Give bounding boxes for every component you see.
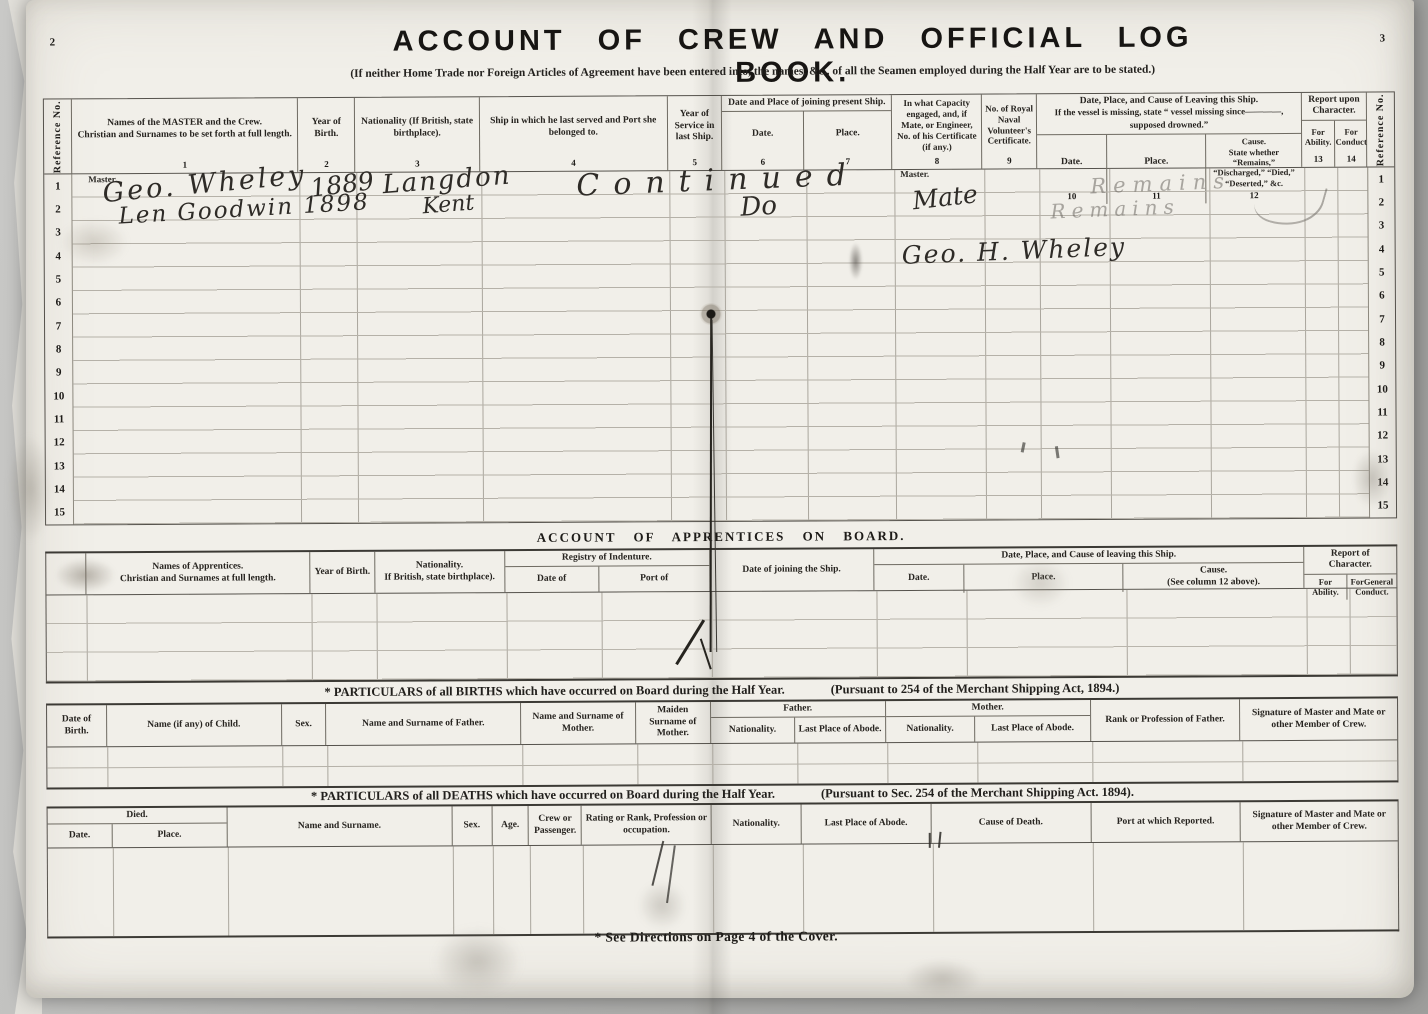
- births-col-mother-nationality: Nationality.: [886, 717, 976, 742]
- col-label: Place.: [1144, 157, 1168, 169]
- deaths-pursuant: (Pursuant to Sec. 254 of the Merchant Sh…: [821, 785, 1134, 801]
- crew-col-leaving-group: Date, Place, and Cause of Leaving this S…: [1037, 93, 1302, 168]
- col-label: In what Capacity engaged, and, if Mate, …: [895, 98, 978, 153]
- col-label: Date.: [69, 830, 90, 842]
- deaths-col-died-place: Place.: [112, 824, 226, 847]
- col-label: ForGeneral Conduct.: [1350, 576, 1393, 597]
- row-number: 8: [45, 338, 72, 361]
- apprentices-col-conduct: ForGeneral Conduct.: [1347, 574, 1396, 599]
- row-number: 1: [44, 174, 71, 197]
- col-label: Ship in which he last served and Port sh…: [483, 115, 664, 139]
- deaths-col-sex: Sex.: [452, 806, 492, 845]
- crew-col-birth: Year of Birth. 2: [298, 98, 355, 172]
- col-label: Year of Service in last Ship.: [670, 109, 718, 144]
- deaths-col-age: Age.: [492, 806, 529, 845]
- crew-ref-col-right: Reference No.: [1367, 92, 1394, 166]
- col-label: Name and Surname of Father.: [362, 718, 484, 730]
- crew-col-rnv-certificate: No. of Royal Naval Volunteer's Certifica…: [982, 94, 1037, 168]
- stain: [637, 880, 687, 930]
- apprentices-col-leaving-date: Date.: [874, 565, 964, 593]
- deaths-col-crew-passenger: Crew or Passenger.: [529, 806, 582, 845]
- col-label: Nationality (If British, state birthplac…: [358, 116, 476, 140]
- row-number: 12: [1370, 424, 1396, 447]
- master-printed-label-capacity: Master.: [900, 169, 929, 179]
- deaths-col-nationality: Nationality.: [712, 805, 802, 844]
- col-label: Rank or Profession of Father.: [1105, 714, 1224, 726]
- group-label: Died.: [48, 808, 227, 825]
- births-col-maiden: Maiden Surname of Mother.: [636, 702, 711, 743]
- apprentices-col-report-group: Report of Character. For Ability. ForGen…: [1304, 546, 1396, 587]
- births-col-sex: Sex.: [282, 704, 327, 745]
- crew-col-capacity: In what Capacity engaged, and, if Mate, …: [892, 95, 982, 169]
- col-label: Sex.: [463, 820, 480, 832]
- col-label: Nationality.: [416, 560, 463, 570]
- reference-no-label: Reference No.: [52, 100, 63, 173]
- col-label: Date of: [537, 574, 566, 586]
- births-rows-area: [47, 740, 1397, 787]
- stain: [1352, 448, 1392, 508]
- handwriting-capacity-mate: Mate: [911, 181, 979, 213]
- crew-col-ability: For Ability. 13: [1302, 121, 1335, 167]
- crew-col-report-group: Report upon Character. For Ability. 13 F…: [1302, 93, 1367, 167]
- col-sublabel: (See column 12 above).: [1167, 577, 1260, 587]
- col-label: If British, state birthplace).: [384, 572, 495, 583]
- apprentices-col-birth: Year of Birth.: [310, 552, 375, 593]
- stain: [849, 242, 863, 280]
- deaths-col-cause: Cause of Death.: [931, 803, 1091, 843]
- col-label: Port of: [640, 573, 668, 585]
- births-col-mother-group: Mother. Nationality. Last Place of Abode…: [886, 700, 1091, 742]
- deaths-rows-area: [48, 841, 1398, 936]
- crew-ref-col-left: Reference No.: [44, 99, 72, 173]
- col-label: Cause.: [1242, 136, 1266, 146]
- col-label: Year of Birth.: [301, 117, 351, 140]
- deaths-col-signature: Signature of Master and Mate or other Me…: [1241, 801, 1398, 841]
- col-label: Port at which Reported.: [1117, 816, 1215, 828]
- apprentices-col-ability: For Ability.: [1304, 574, 1347, 599]
- stain: [8, 433, 53, 543]
- apprentices-col-leaving-cause: Cause. (See column 12 above).: [1124, 563, 1304, 591]
- apprentices-table: Names of Apprentices. Christian and Surn…: [45, 544, 1398, 683]
- group-label: Report upon Character.: [1302, 93, 1366, 121]
- col-label: Date.: [908, 573, 929, 585]
- row-number: 7: [1369, 307, 1395, 330]
- col-number: 9: [982, 155, 1036, 168]
- group-label: Mother.: [886, 700, 1090, 717]
- apprentices-col-joining: Date of joining the Ship.: [710, 549, 875, 591]
- births-col-child: Name (if any) of Child.: [107, 704, 282, 746]
- col-label: Signature of Master and Mate or other Me…: [1243, 707, 1394, 731]
- col-label: Last Place of Abode.: [825, 818, 908, 830]
- page-title: ACCOUNT OF CREW AND OFFICIAL LOG BOOK.: [377, 21, 1207, 91]
- col-number: 13: [1302, 154, 1334, 167]
- col-label: Date.: [1061, 157, 1082, 169]
- group-label: Report of Character.: [1304, 546, 1396, 574]
- col-label: Year of Birth.: [315, 567, 371, 579]
- crew-col-service: Year of Service in last Ship. 5: [667, 96, 722, 170]
- ink-mark: [929, 833, 931, 848]
- row-number: 8: [1369, 331, 1395, 354]
- group-label: Date and Place of joining present Ship.: [722, 95, 891, 112]
- row-number: 9: [45, 361, 72, 384]
- row-number: 11: [45, 408, 72, 431]
- handwriting-leaving-remains-1: Remains: [1090, 171, 1231, 198]
- births-header: Date of Birth. Name (if any) of Child. S…: [47, 698, 1397, 747]
- row-number: 12: [46, 431, 73, 454]
- apprentices-header: Names of Apprentices. Christian and Surn…: [46, 546, 1396, 595]
- deaths-col-rating: Rating or Rank, Profession or occupation…: [582, 805, 712, 845]
- col-label: Sex.: [295, 719, 312, 731]
- col-label: For Ability.: [1307, 576, 1343, 597]
- col-label: No. of Royal Naval Volunteer's Certifica…: [985, 103, 1033, 147]
- apprentices-col-registry-group: Registry of Indenture. Date of Port of: [505, 550, 710, 592]
- births-col-father-nationality: Nationality.: [711, 718, 796, 743]
- group-sublabel: If the vessel is missing, state “ vessel…: [1055, 106, 1284, 129]
- page-number-right: 3: [1380, 32, 1386, 44]
- col-label: Date.: [752, 129, 773, 141]
- group-label: Father.: [711, 701, 885, 718]
- deaths-col-abode: Last Place of Abode.: [802, 804, 932, 844]
- row-number: 6: [1369, 284, 1395, 307]
- deaths-col-died-date: Date.: [48, 825, 113, 848]
- row-number: 10: [45, 384, 72, 407]
- births-title: * PARTICULARS of all BIRTHS which have o…: [324, 683, 784, 699]
- apprentices-col-names: Names of Apprentices. Christian and Surn…: [86, 552, 310, 594]
- apprentices-col-leaving-group: Date, Place, and Cause of leaving this S…: [874, 547, 1304, 590]
- col-label: Last Place of Abode.: [991, 723, 1074, 735]
- stain: [1010, 558, 1070, 608]
- apprentices-col-registry-date: Date of: [505, 567, 600, 592]
- births-col-father-abode: Last Place of Abode.: [795, 717, 885, 742]
- group-label: Date, Place, and Cause of Leaving this S…: [1080, 95, 1258, 106]
- births-col-signature: Signature of Master and Mate or other Me…: [1240, 698, 1397, 740]
- col-label: Age.: [501, 820, 519, 832]
- reference-no-label: Reference No.: [1375, 93, 1386, 166]
- row-number: 3: [1368, 214, 1394, 237]
- row-number: 1: [1368, 167, 1394, 190]
- col-number: 14: [1335, 154, 1367, 167]
- handwriting-nationality-2: Kent: [422, 192, 475, 218]
- col-label: Cause of Death.: [979, 817, 1043, 829]
- col-label: For Conduct: [1336, 127, 1367, 148]
- col-label: Signature of Master and Mate or other Me…: [1244, 809, 1395, 833]
- births-table: Date of Birth. Name (if any) of Child. S…: [46, 696, 1398, 789]
- col-label: Nationality.: [729, 725, 776, 737]
- deaths-header: Died. Date. Place. Name and Surname. Sex…: [48, 801, 1398, 848]
- row-number: 7: [45, 314, 72, 337]
- col-label: Date of Birth.: [50, 714, 103, 737]
- col-label: Name and Surname.: [298, 820, 381, 832]
- births-col-father-group: Father. Nationality. Last Place of Abode…: [711, 701, 886, 743]
- page-number-left: 2: [50, 36, 56, 48]
- stain: [902, 959, 982, 999]
- row-number: 9: [1369, 354, 1395, 377]
- page-content: 2 3 ACCOUNT OF CREW AND OFFICIAL LOG BOO…: [0, 0, 1428, 1014]
- col-label: Name and Surname of Mother.: [524, 711, 632, 735]
- row-number: 2: [44, 198, 71, 221]
- col-label: Place.: [157, 830, 181, 842]
- scanned-log-book: 2 3 ACCOUNT OF CREW AND OFFICIAL LOG BOO…: [0, 0, 1428, 1014]
- apprentices-rows-area: [46, 588, 1396, 681]
- col-label: Last Place of Abode.: [799, 724, 882, 736]
- col-label: Nationality.: [906, 724, 953, 736]
- births-col-mother-abode: Last Place of Abode.: [975, 716, 1090, 741]
- col-label: Christian and Surnames at full length.: [120, 573, 276, 584]
- apprentices-col-nationality: Nationality. If British, state birthplac…: [375, 551, 505, 593]
- crew-col-nationality: Nationality (If British, state birthplac…: [355, 97, 480, 172]
- col-label: For Ability.: [1305, 127, 1332, 148]
- deaths-col-died-group: Died. Date. Place.: [48, 808, 228, 848]
- row-number: 10: [1369, 377, 1395, 400]
- col-label: Christian and Surnames to be set forth a…: [78, 129, 292, 140]
- col-label: Names of the MASTER and the Crew.: [107, 117, 262, 128]
- col-label: Rating or Rank, Profession or occupation…: [585, 813, 708, 837]
- col-label: Names of Apprentices.: [152, 561, 243, 571]
- row-number: 6: [45, 291, 72, 314]
- deaths-col-port: Port at which Reported.: [1091, 802, 1241, 842]
- deaths-col-name: Name and Surname.: [228, 806, 453, 846]
- row-number: 4: [1369, 237, 1395, 260]
- row-number: 2: [1368, 191, 1394, 214]
- col-number: 8: [893, 156, 982, 169]
- births-col-mother-name: Name and Surname of Mother.: [521, 702, 636, 744]
- group-label: Registry of Indenture.: [505, 550, 709, 567]
- stain: [432, 926, 522, 996]
- handwriting-leaving-remains-2: Remains: [1050, 196, 1180, 221]
- crew-col-conduct: For Conduct 14: [1335, 120, 1367, 166]
- row-number: 11: [1369, 401, 1395, 424]
- row-number: 5: [1369, 261, 1395, 284]
- births-pursuant: (Pursuant to 254 of the Merchant Shippin…: [831, 681, 1120, 697]
- col-label: Nationality.: [733, 818, 780, 830]
- col-label: Crew or Passenger.: [532, 814, 578, 837]
- deaths-title: * PARTICULARS of all DEATHS which have o…: [311, 787, 775, 803]
- col-label: Maiden Surname of Mother.: [639, 705, 707, 740]
- deaths-table: Died. Date. Place. Name and Surname. Sex…: [47, 799, 1400, 938]
- handwriting-ditto: Do: [740, 193, 778, 221]
- stain: [58, 218, 128, 266]
- col-label: Date of joining the Ship.: [742, 564, 841, 576]
- births-col-date: Date of Birth.: [47, 705, 107, 746]
- col-label: Cause.: [1200, 566, 1227, 576]
- stain: [55, 558, 115, 592]
- apprentices-col-registry-port: Port of: [599, 566, 709, 591]
- row-number: 5: [45, 268, 72, 291]
- births-col-father-name: Name and Surname of Father.: [326, 703, 521, 745]
- col-label: Name (if any) of Child.: [147, 719, 240, 731]
- births-col-rank: Rank or Profession of Father.: [1091, 699, 1241, 741]
- col-label: Place.: [836, 128, 860, 140]
